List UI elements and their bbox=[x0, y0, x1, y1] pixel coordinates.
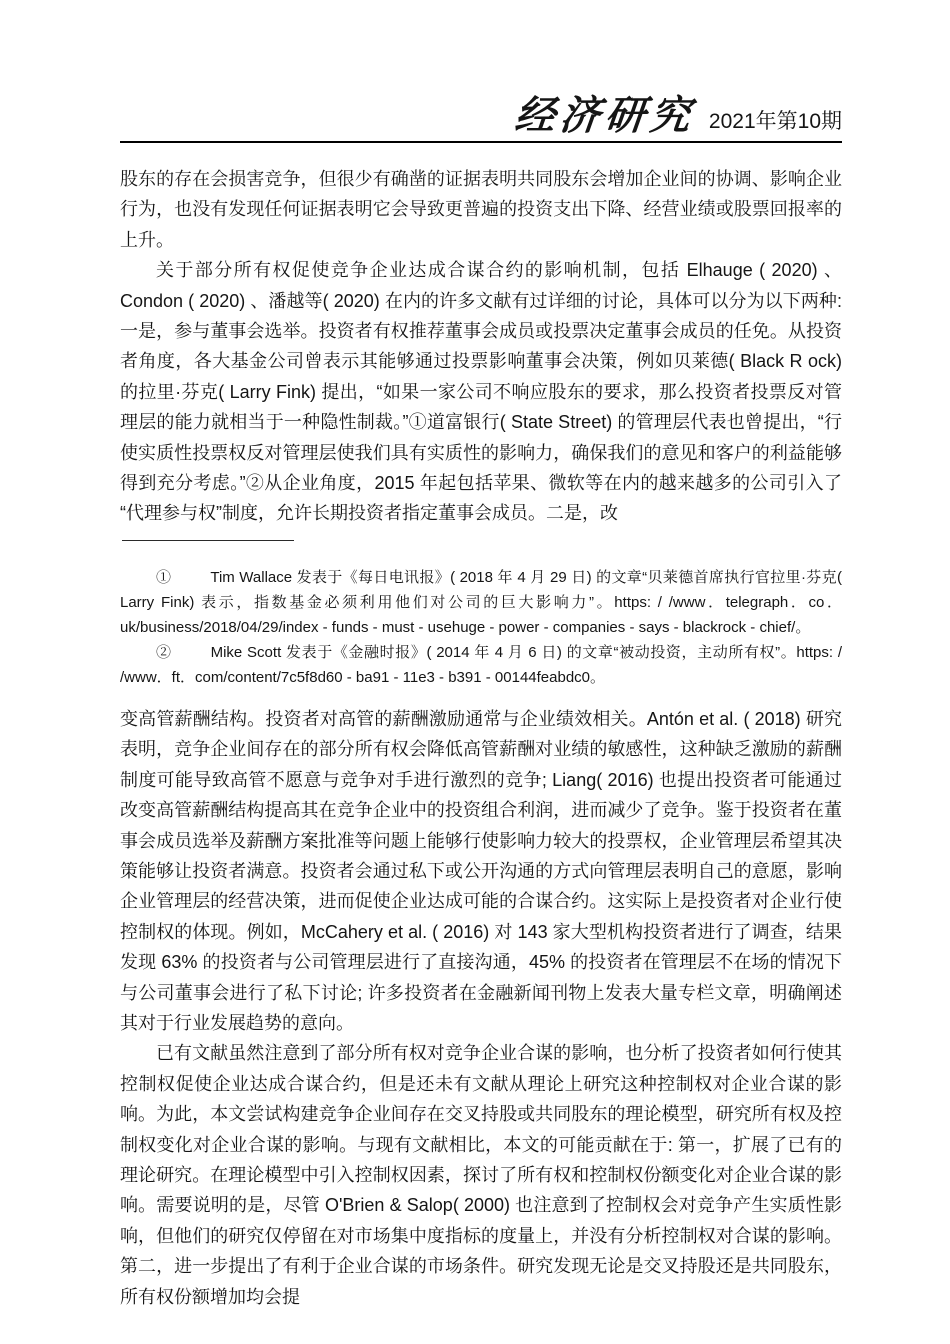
journal-issue: 2021年第10期 bbox=[709, 111, 842, 136]
header-rule bbox=[120, 141, 842, 143]
footnote-1-text: Tim Wallace 发表于《每日电讯报》( 2018 年 4 月 29 日)… bbox=[120, 569, 842, 636]
page-content: 经济研究 2021年第10期 股东的存在会损害竞争，但很少有确凿的证据表明共同股… bbox=[120, 96, 842, 1312]
footnote-2: ②Mike Scott 发表于《金融时报》( 2014 年 4 月 6 日) 的… bbox=[120, 640, 842, 690]
footnote-1: ①Tim Wallace 发表于《每日电讯报》( 2018 年 4 月 29 日… bbox=[120, 565, 842, 640]
footnote-2-text: Mike Scott 发表于《金融时报》( 2014 年 4 月 6 日) 的文… bbox=[120, 644, 842, 686]
paragraph-continuation: 股东的存在会损害竞争，但很少有确凿的证据表明共同股东会增加企业间的协调、影响企业… bbox=[120, 164, 842, 255]
footnote-2-marker: ② bbox=[156, 644, 211, 661]
paragraph-mechanism: 关于部分所有权促使竞争企业达成合谋合约的影响机制，包括 Elhauge ( 20… bbox=[120, 255, 842, 529]
article-body: 股东的存在会损害竞争，但很少有确凿的证据表明共同股东会增加企业间的协调、影响企业… bbox=[120, 164, 842, 1312]
document-page: 经济研究 2021年第10期 股东的存在会损害竞争，但很少有确凿的证据表明共同股… bbox=[0, 0, 950, 1344]
page-header: 经济研究 2021年第10期 bbox=[120, 96, 842, 141]
footnote-1-marker: ① bbox=[156, 569, 210, 586]
journal-logo: 经济研究 bbox=[513, 96, 697, 136]
paragraph-contribution: 已有文献虽然注意到了部分所有权对竞争企业合谋的影响，也分析了投资者如何行使其控制… bbox=[120, 1038, 842, 1312]
footnotes-block: ①Tim Wallace 发表于《每日电讯报》( 2018 年 4 月 29 日… bbox=[120, 565, 842, 690]
footnote-separator bbox=[122, 540, 294, 541]
paragraph-compensation: 变高管薪酬结构。投资者对高管的薪酬激励通常与企业绩效相关。Antón et al… bbox=[120, 704, 842, 1038]
